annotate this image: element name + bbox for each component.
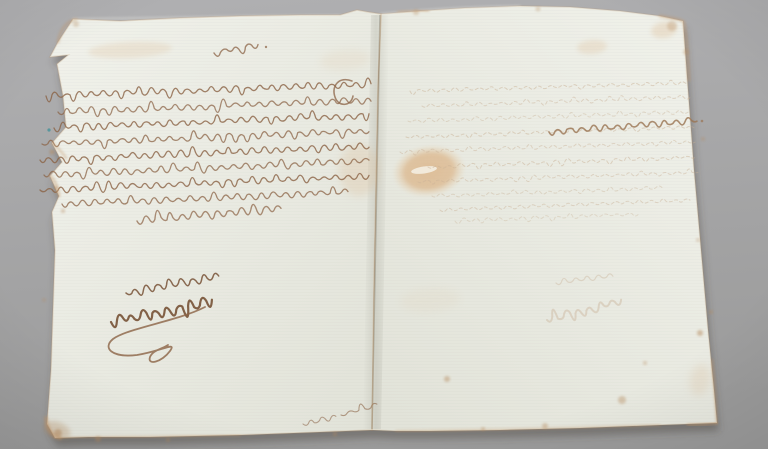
manuscript-photo (0, 0, 768, 449)
vignette-overlay (0, 0, 768, 449)
photo-backdrop (0, 0, 768, 449)
